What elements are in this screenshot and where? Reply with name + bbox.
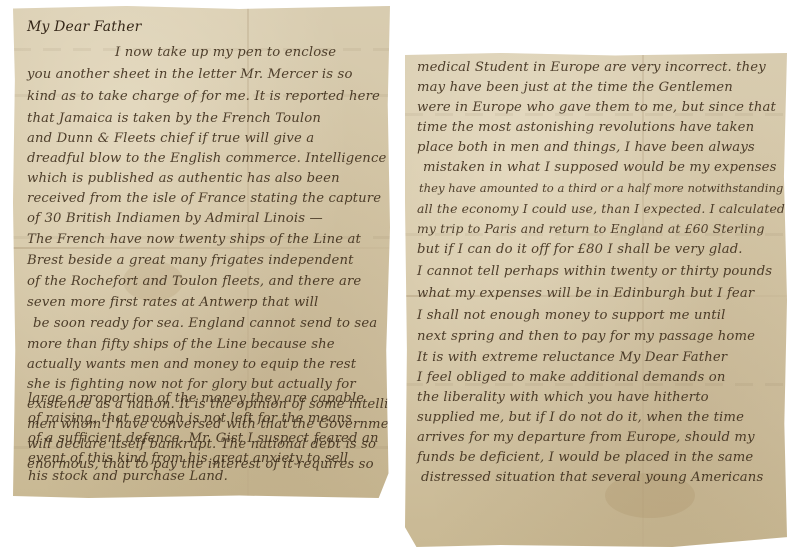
letter-line: Brest beside a great many frigates indep…	[27, 254, 354, 267]
letter-line: may have been just at the time the Gentl…	[417, 81, 733, 94]
letter-line: event of this kind from his great anxiet…	[28, 452, 348, 465]
letter-line: medical Student in Europe are very incor…	[417, 61, 766, 74]
letter-line: I feel obliged to make additional demand…	[417, 371, 726, 384]
letter-line: the liberality with which you have hithe…	[417, 391, 709, 404]
letter-line: dreadful blow to the English commerce. I…	[27, 152, 386, 165]
letter-line: were in Europe who gave them to me, but …	[417, 101, 776, 114]
letter-line: I shall not enough money to support me u…	[417, 309, 725, 322]
letter-line: time the most astonishing revolutions ha…	[417, 121, 754, 134]
letter-line: she is fighting now not for glory but ac…	[27, 378, 356, 391]
salutation: My Dear Father	[27, 20, 142, 34]
letter-line: which is published as authentic has also…	[27, 172, 340, 185]
letter-line: you another sheet in the letter Mr. Merc…	[27, 68, 353, 81]
letter-line: of a sufficient defence. Mr. Gist I susp…	[28, 432, 379, 445]
letter-line: place both in men and things, I have bee…	[417, 141, 755, 154]
letter-line: I cannot tell perhaps within twenty or t…	[417, 265, 772, 278]
letter-line: arrives for my departure from Europe, sh…	[417, 431, 755, 444]
letter-line: The French have now twenty ships of the …	[27, 233, 361, 246]
letter-page-right: medical Student in Europe are very incor…	[405, 53, 787, 547]
letter-line: they have amounted to a third or a half …	[419, 183, 783, 195]
letter-line: kind as to take charge of for me. It is …	[27, 90, 380, 103]
letter-line: that Jamaica is taken by the French Toul…	[27, 112, 321, 125]
letter-line: It is with extreme reluctance My Dear Fa…	[417, 351, 727, 364]
letter-line: of 30 British Indiamen by Admiral Linois…	[27, 212, 323, 225]
letter-line: funds be deficient, I would be placed in…	[417, 451, 753, 464]
letter-line: mistaken in what I supposed would be my …	[423, 161, 777, 174]
letter-line: supplied me, but if I do not do it, when…	[417, 411, 744, 424]
letter-line: I now take up my pen to enclose	[115, 46, 336, 59]
letter-line: of raising, that enough is not left for …	[28, 412, 352, 425]
letter-line: and Dunn & Fleets chief if true will giv…	[27, 132, 314, 145]
letter-line: received from the isle of France stating…	[27, 192, 381, 205]
letter-line: seven more first rates at Antwerp that w…	[27, 296, 318, 309]
letter-line: actually wants men and money to equip th…	[27, 358, 356, 371]
letter-line: what my expenses will be in Edinburgh bu…	[417, 287, 754, 300]
letter-line: next spring and then to pay for my passa…	[417, 330, 755, 343]
letter-line: be soon ready for sea. England cannot se…	[33, 317, 377, 330]
letter-line: large a proportion of the money they are…	[28, 392, 364, 405]
letter-line: more than fifty ships of the Line becaus…	[27, 338, 335, 351]
letter-line: my trip to Paris and return to England a…	[417, 223, 765, 235]
letter-line: distressed situation that several young …	[421, 471, 763, 484]
letter-line: but if I can do it off for £80 I shall b…	[417, 243, 743, 256]
letter-line: all the economy I could use, than I expe…	[417, 203, 785, 215]
letter-line: his stock and purchase Land.	[28, 470, 228, 483]
letter-line: of the Rochefort and Toulon fleets, and …	[27, 275, 361, 288]
